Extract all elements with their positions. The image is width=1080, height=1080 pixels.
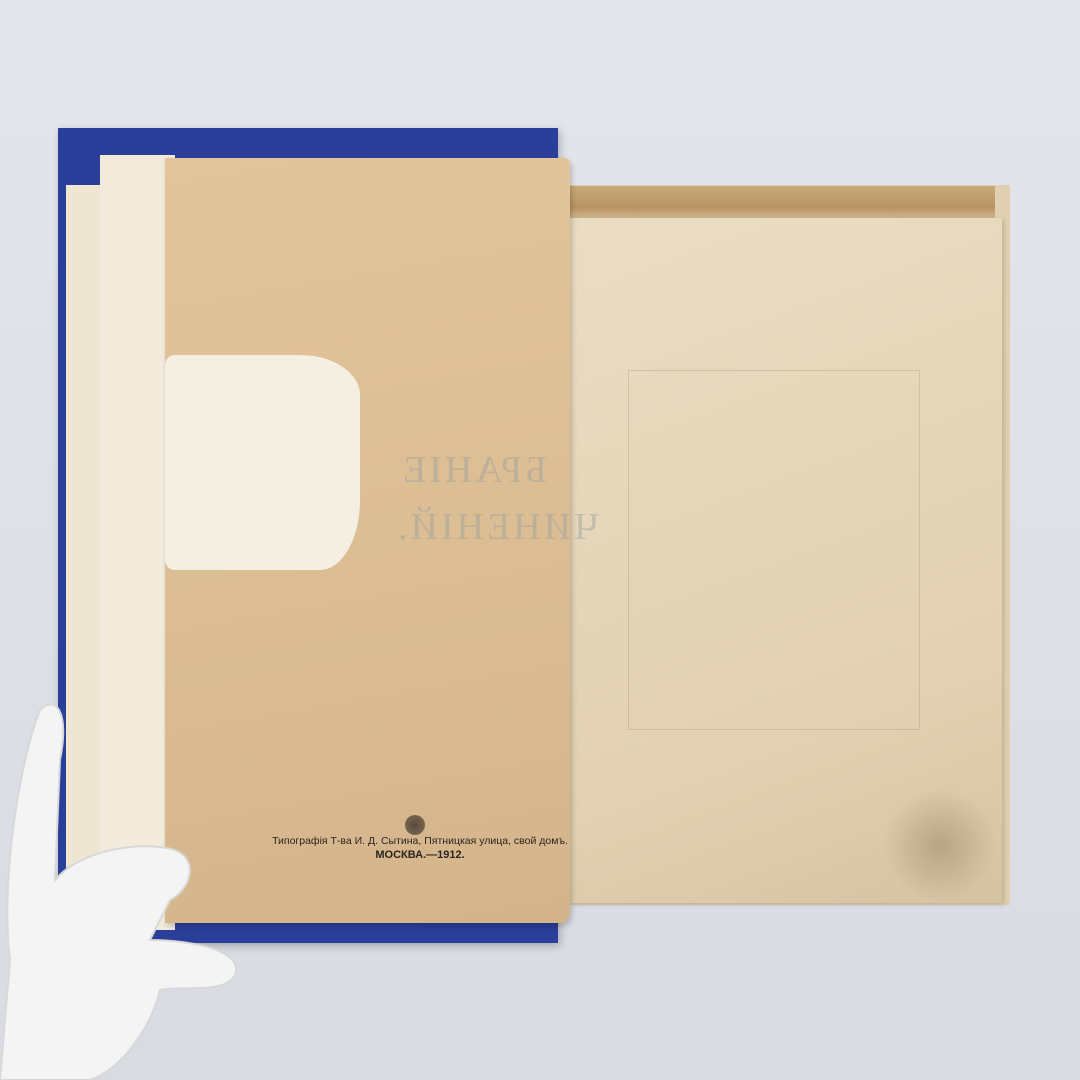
page-damage: [165, 355, 360, 570]
imprint-printer: Типографія Т-ва И. Д. Сытина, Пятницкая …: [270, 835, 570, 847]
double-eagle-emblem-icon: [405, 815, 425, 835]
show-through-title-1: БРАНІЕ: [400, 448, 547, 492]
imprint-place-year: МОСКВА.—1912.: [270, 849, 570, 861]
stain: [880, 790, 1000, 900]
printer-imprint: Типографія Т-ва И. Д. Сытина, Пятницкая …: [270, 835, 570, 861]
gloved-hand: [0, 700, 240, 1080]
show-through-title-2: ЧИНЕНІЙ.: [395, 505, 599, 549]
page-edges: [565, 186, 995, 222]
plate-frame: [628, 370, 920, 730]
